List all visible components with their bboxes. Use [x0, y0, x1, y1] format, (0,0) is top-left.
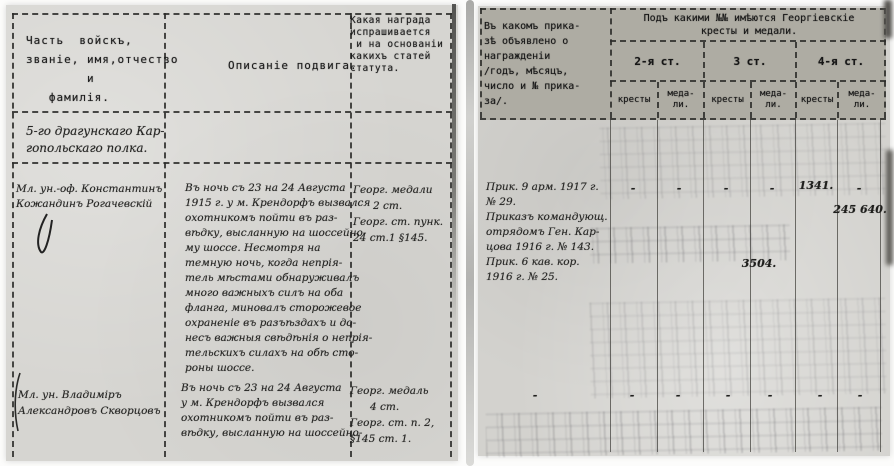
- dash-3st-crosses: -: [726, 389, 731, 402]
- rp-sub-crosses-4: кресты: [797, 82, 837, 118]
- lp-header-award-column: Какая награда испрашивается и на основан…: [350, 15, 443, 75]
- dash-3st-medals: -: [768, 389, 773, 402]
- right-page: Въ какомъ прика- зѣ объявлено о награжде…: [478, 6, 890, 456]
- bleedthrough-texture: [599, 123, 886, 200]
- rp-body-rule-7: [880, 120, 881, 452]
- cell-2st-crosses: -: [631, 182, 636, 195]
- scanned-register-spread: Часть войскъ, званіе, имя,отчество и фам…: [0, 0, 894, 466]
- rp-degree-2: 2-я ст.: [612, 42, 703, 80]
- left-page: Часть войскъ, званіе, имя,отчество и фам…: [6, 5, 458, 461]
- cell-2st-medals: -: [677, 182, 682, 195]
- dash-4st-medals: -: [858, 389, 863, 402]
- cell-4st-medals: -: [857, 182, 862, 195]
- cell-3st-crosses: -: [724, 182, 729, 195]
- bleedthrough-texture: [589, 297, 887, 398]
- entry1-name: Мл. ун.-оф. Константинъ Кожандинъ Рогаче…: [16, 182, 162, 212]
- entry1-award: Георг. медали 2 ст. Георг. ст. пунк. 24 …: [353, 182, 443, 246]
- right-page-edge-smudge: [886, 150, 893, 265]
- lp-header-bottom-rule: [12, 111, 452, 113]
- right-page-edge-smudge: [884, 0, 892, 38]
- unit-name-handwritten: 5-го драгунскаго Кар- гопольскаго полка.: [26, 123, 165, 157]
- rp-header-numbers-title: Подъ какими №№ имѣются Георгіевскіе крес…: [612, 10, 886, 40]
- cell-4st-medals-number: 245 640.: [833, 203, 887, 216]
- bleedthrough-texture: [486, 407, 883, 458]
- cell-3st-medals-number: 3504.: [742, 257, 776, 270]
- entry2-award: Георг. медаль 4 ст. Георг. ст. п. 2, §14…: [350, 383, 434, 447]
- cell-3st-medals: -: [770, 182, 775, 195]
- entry2-name: Мл. ун. Владиміръ Александровъ Скворцовъ: [18, 387, 161, 419]
- dash-2st-crosses: -: [630, 389, 635, 402]
- rp-body-rule-3: [703, 120, 704, 452]
- entry2-description: Въ ночь съ 23 на 24 Августа у м. Крендор…: [181, 381, 362, 441]
- dash-order: -: [533, 389, 538, 402]
- lp-header-feat-column: Описаніе подвига.: [228, 59, 358, 72]
- rp-header-bottom-rule: [480, 118, 886, 120]
- rp-header-order-column: Въ какомъ прика- зѣ объявлено о награжде…: [484, 12, 610, 116]
- order-reference-handwritten: Прик. 9 арм. 1917 г. № 29. Приказъ коман…: [486, 180, 608, 285]
- cell-4st-crosses: 1341.: [799, 179, 833, 192]
- dash-4st-crosses: -: [818, 389, 823, 402]
- rp-degree-4: 4-я ст.: [797, 42, 885, 80]
- rp-sub-medals-2: меда- ли.: [659, 82, 703, 118]
- rp-body-rule-6: [837, 120, 838, 452]
- rp-body-rule-1: [610, 120, 611, 452]
- entry1-description: Въ ночь съ 23 на 24 Августа 1915 г. у м.…: [185, 181, 372, 376]
- rp-body-rule-2: [657, 120, 658, 452]
- rp-header-block: Въ какомъ прика- зѣ объявлено о награжде…: [480, 8, 886, 120]
- rp-sub-crosses-3: кресты: [705, 82, 750, 118]
- rp-body-rule-4: [750, 120, 751, 452]
- rp-degree-3: 3 ст.: [705, 42, 795, 80]
- lp-unit-row-rule: [12, 162, 452, 164]
- rp-sub-crosses-2: кресты: [611, 82, 657, 118]
- pen-flourish-icon: [33, 212, 57, 258]
- left-page-edge: [452, 4, 456, 334]
- book-spine: [466, 0, 474, 466]
- rp-border-left: [480, 8, 482, 118]
- rp-sub-medals-3: меда- ли.: [752, 82, 795, 118]
- dash-2st-medals: -: [676, 389, 681, 402]
- rp-body-rule-5: [795, 120, 796, 452]
- rp-sub-medals-4: меда- ли.: [839, 82, 885, 118]
- lp-header-unit-name-column: Часть войскъ, званіе, имя,отчество и фам…: [26, 31, 178, 107]
